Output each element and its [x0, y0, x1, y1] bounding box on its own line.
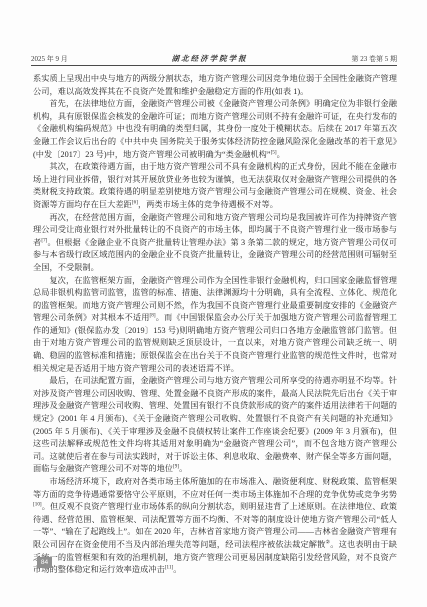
text-run: 系实质上呈现出中央与地方的两级分割状态，地方资产管理公司因竞争地位弱于全国性金融… [33, 74, 397, 96]
paragraph: 首先，在法律地位方面，金融资产管理公司被《金融资产管理公司条例》明确定位为非银行… [33, 98, 397, 161]
header-divider [31, 65, 397, 66]
article-body: 系实质上呈现出中央与地方的两级分割状态，地方资产管理公司因竞争地位弱于全国性金融… [33, 73, 397, 577]
text-run: 。 [277, 150, 285, 159]
page-number-badge: 84 [37, 557, 52, 568]
text-run: 最后，在司法配置方面，金融资产管理公司与地方资产管理公司所享受的待遇亦明显不均等… [33, 376, 397, 473]
paragraph: 再次，在经营范围方面，金融资产管理公司和地方资产管理公司均是我国被许可作为持牌资… [33, 212, 397, 275]
paragraph: 市场经济环境下，政府对各类市场主体所施加的在市场准入、融资便利度、财税政策、监管… [33, 476, 397, 577]
header-issue: 第 23 卷第 5 期 [352, 54, 398, 64]
header-date: 2025 年 9 月 [31, 54, 68, 64]
paragraph: 其次，在政策待遇方面，由于地方资产管理公司不具有金融机构的正式身份，因此不能在金… [33, 161, 397, 211]
citation-superscript: [10] [33, 501, 42, 507]
text-run: 首先，在法律地位方面，金融资产管理公司被《金融资产管理公司条例》明确定位为非银行… [33, 99, 397, 158]
text-run: ，两类市场主体的竞争待遇极不对等。 [138, 200, 278, 209]
text-run: 。 [179, 464, 187, 473]
paragraph: 系实质上呈现出中央与地方的两级分割状态，地方资产管理公司因竞争地位弱于全国性金融… [33, 73, 397, 98]
journal-page: 2025 年 9 月 湖北经济学院学报 第 23 卷第 5 期 系实质上呈现出中… [0, 0, 427, 607]
journal-title: 湖北经济学院学报 [172, 53, 248, 64]
paragraph: 最后，在司法配置方面，金融资产管理公司与地方资产管理公司所享受的待遇亦明显不均等… [33, 375, 397, 476]
text-run: 市场经济环境下，政府对各类市场主体所施加的在市场准入、融资便利度、财税政策、监管… [33, 477, 397, 499]
running-header: 2025 年 9 月 湖北经济学院学报 第 23 卷第 5 期 [31, 53, 397, 64]
text-run: 。但根据《金融企业不良资产批量转让管理办法》第 3 条第二款的规定，地方资产管理… [33, 238, 397, 272]
paragraph: 复次，在监管框架方面，金融资产管理公司作为全国性非银行金融机构，归口国家金融监督… [33, 275, 397, 376]
text-run: 。 [173, 565, 181, 574]
